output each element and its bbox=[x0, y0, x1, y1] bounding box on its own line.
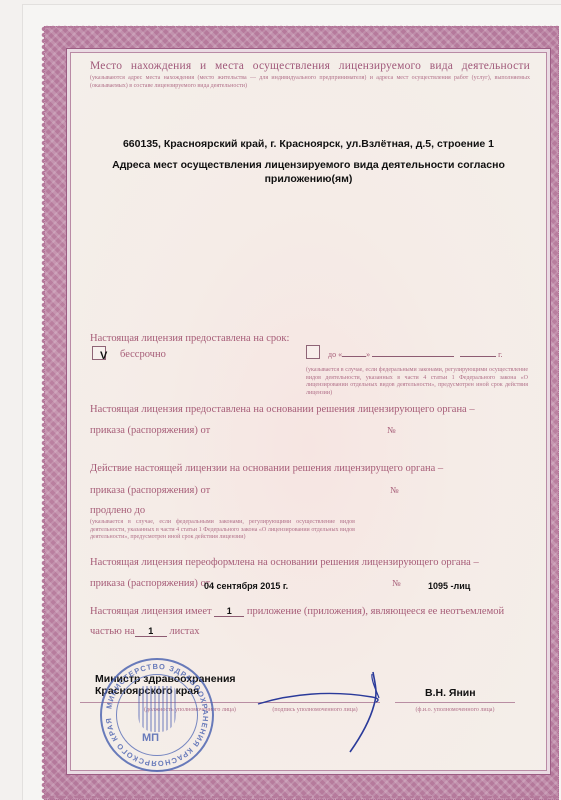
appendix-sheets-prefix: частью на bbox=[90, 626, 135, 637]
until-year-blank[interactable] bbox=[460, 356, 496, 357]
location-heading-word: нахождения bbox=[131, 60, 192, 72]
location-heading-word: места bbox=[215, 60, 244, 72]
until-date-checkbox[interactable] bbox=[306, 345, 320, 359]
until-suffix: г. bbox=[498, 350, 502, 359]
name-caption: (ф.и.о. уполномоченного лица) bbox=[395, 707, 515, 715]
border-scallop-left bbox=[40, 26, 44, 800]
until-date-field: до «» г. bbox=[328, 350, 502, 359]
border-scallop-top bbox=[44, 24, 559, 28]
stamp-ring-text: МИНИСТЕРСТВО ЗДРАВООХРАНЕНИЯ КРАСНОЯРСКО… bbox=[102, 660, 212, 770]
term-label: Настоящая лицензия предоставлена на срок… bbox=[90, 333, 289, 344]
basis-number-sign: № bbox=[387, 425, 396, 435]
reissue-line1: Настоящая лицензия переоформлена на осно… bbox=[90, 557, 479, 568]
until-prefix: до « bbox=[328, 350, 342, 359]
until-day-blank[interactable] bbox=[342, 356, 366, 357]
address-value: 660135, Красноярский край, г. Красноярск… bbox=[70, 138, 547, 150]
signature-caption: (подпись уполномоченного лица) bbox=[250, 707, 380, 715]
location-note: (указываются адрес места нахождения (мес… bbox=[90, 75, 530, 90]
appendix-sheets: 1 bbox=[135, 626, 167, 637]
reissue-number-sign: № bbox=[392, 578, 401, 588]
appendix-prefix: Настоящая лицензия имеет bbox=[90, 606, 212, 617]
location-heading-word: осуществления bbox=[253, 60, 330, 72]
location-heading-word: Место bbox=[90, 60, 122, 72]
until-note: (указывается в случае, если федеральными… bbox=[306, 367, 528, 397]
basis-line2: приказа (распоряжения) от bbox=[90, 425, 210, 436]
reissue-number: 1095 -лиц bbox=[428, 581, 470, 591]
location-heading-word: лицензируемого bbox=[339, 60, 421, 72]
extension-line1: Действие настоящей лицензии на основании… bbox=[90, 463, 443, 474]
border-scallop-bottom bbox=[44, 796, 559, 800]
reissue-date: 04 сентября 2015 г. bbox=[204, 581, 288, 591]
appendix-middle: приложение (приложения), являющееся ее н… bbox=[247, 606, 504, 617]
perpetual-label: бессрочно bbox=[120, 349, 166, 360]
svg-text:МИНИСТЕРСТВО ЗДРАВООХРАНЕНИЯ К: МИНИСТЕРСТВО ЗДРАВООХРАНЕНИЯ КРАСНОЯРСКО… bbox=[104, 662, 210, 768]
until-quote-close: » bbox=[366, 350, 370, 359]
until-month-blank[interactable] bbox=[372, 356, 454, 357]
extension-note: (указывается в случае, если федеральными… bbox=[90, 519, 355, 542]
location-heading: Местонахожденияиместаосуществлениялиценз… bbox=[90, 60, 530, 72]
appendix-count: 1 bbox=[214, 606, 244, 617]
location-heading-word: и bbox=[200, 60, 206, 72]
location-heading-word: вида bbox=[430, 60, 453, 72]
appendix-line: Настоящая лицензия имеет 1 приложение (п… bbox=[90, 606, 504, 617]
name-rule bbox=[395, 702, 515, 703]
places-note-line2: приложению(ям) bbox=[70, 173, 547, 185]
check-mark-icon: V bbox=[100, 350, 107, 362]
extension-extended-until: продлено до bbox=[90, 505, 145, 516]
official-stamp: МП МИНИСТЕРСТВО ЗДРАВООХРАНЕНИЯ КРАСНОЯР… bbox=[100, 658, 214, 772]
appendix-sheets-suffix: листах bbox=[169, 626, 199, 637]
signatory-name: В.Н. Янин bbox=[425, 687, 476, 699]
extension-number-sign: № bbox=[390, 485, 399, 495]
appendix-sheets-line: частью на1 листах bbox=[90, 626, 200, 637]
location-heading-word: деятельности bbox=[462, 60, 530, 72]
extension-line2: приказа (распоряжения) от bbox=[90, 485, 210, 496]
places-note-line1: Адреса мест осуществления лицензируемого… bbox=[70, 159, 547, 171]
basis-line1: Настоящая лицензия предоставлена на осно… bbox=[90, 404, 475, 415]
signature-rule bbox=[250, 702, 380, 703]
reissue-line2: приказа (распоряжения) от bbox=[90, 578, 210, 589]
